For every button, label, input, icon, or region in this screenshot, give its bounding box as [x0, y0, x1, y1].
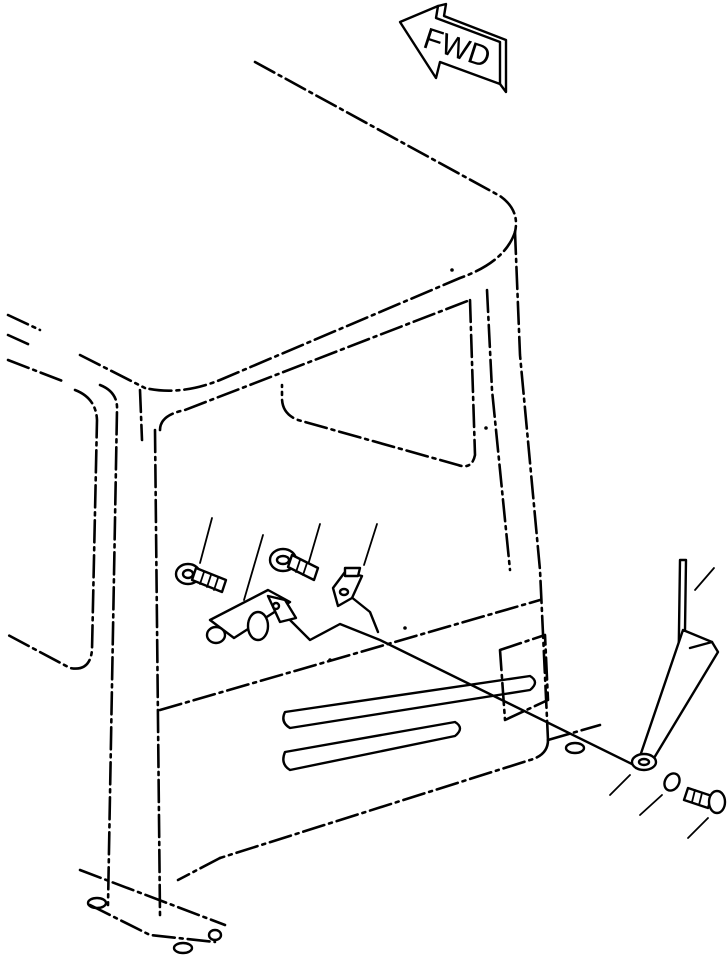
bracket-icon: [632, 560, 718, 770]
bolt-icon: [684, 788, 725, 813]
bolt-bottom: [684, 788, 725, 838]
bracket-icon: [333, 568, 362, 606]
cab-body-outline: [8, 62, 600, 953]
mark-dot: [328, 658, 332, 662]
bolt-icon: [176, 564, 226, 592]
fwd-arrow-indicator: FWD: [400, 4, 506, 92]
mark-dot: [450, 268, 454, 272]
stay-bracket: [610, 560, 718, 795]
washer-icon: [661, 771, 682, 794]
spacer: [640, 771, 683, 815]
lamp-icon: [207, 590, 296, 643]
bolt-right: [270, 524, 320, 580]
mark-dot: [403, 626, 407, 630]
clip-bracket: [333, 524, 377, 606]
mark-dot: [484, 426, 488, 430]
bolt-left: [176, 518, 226, 592]
parts-diagram: FWD: [0, 0, 727, 962]
